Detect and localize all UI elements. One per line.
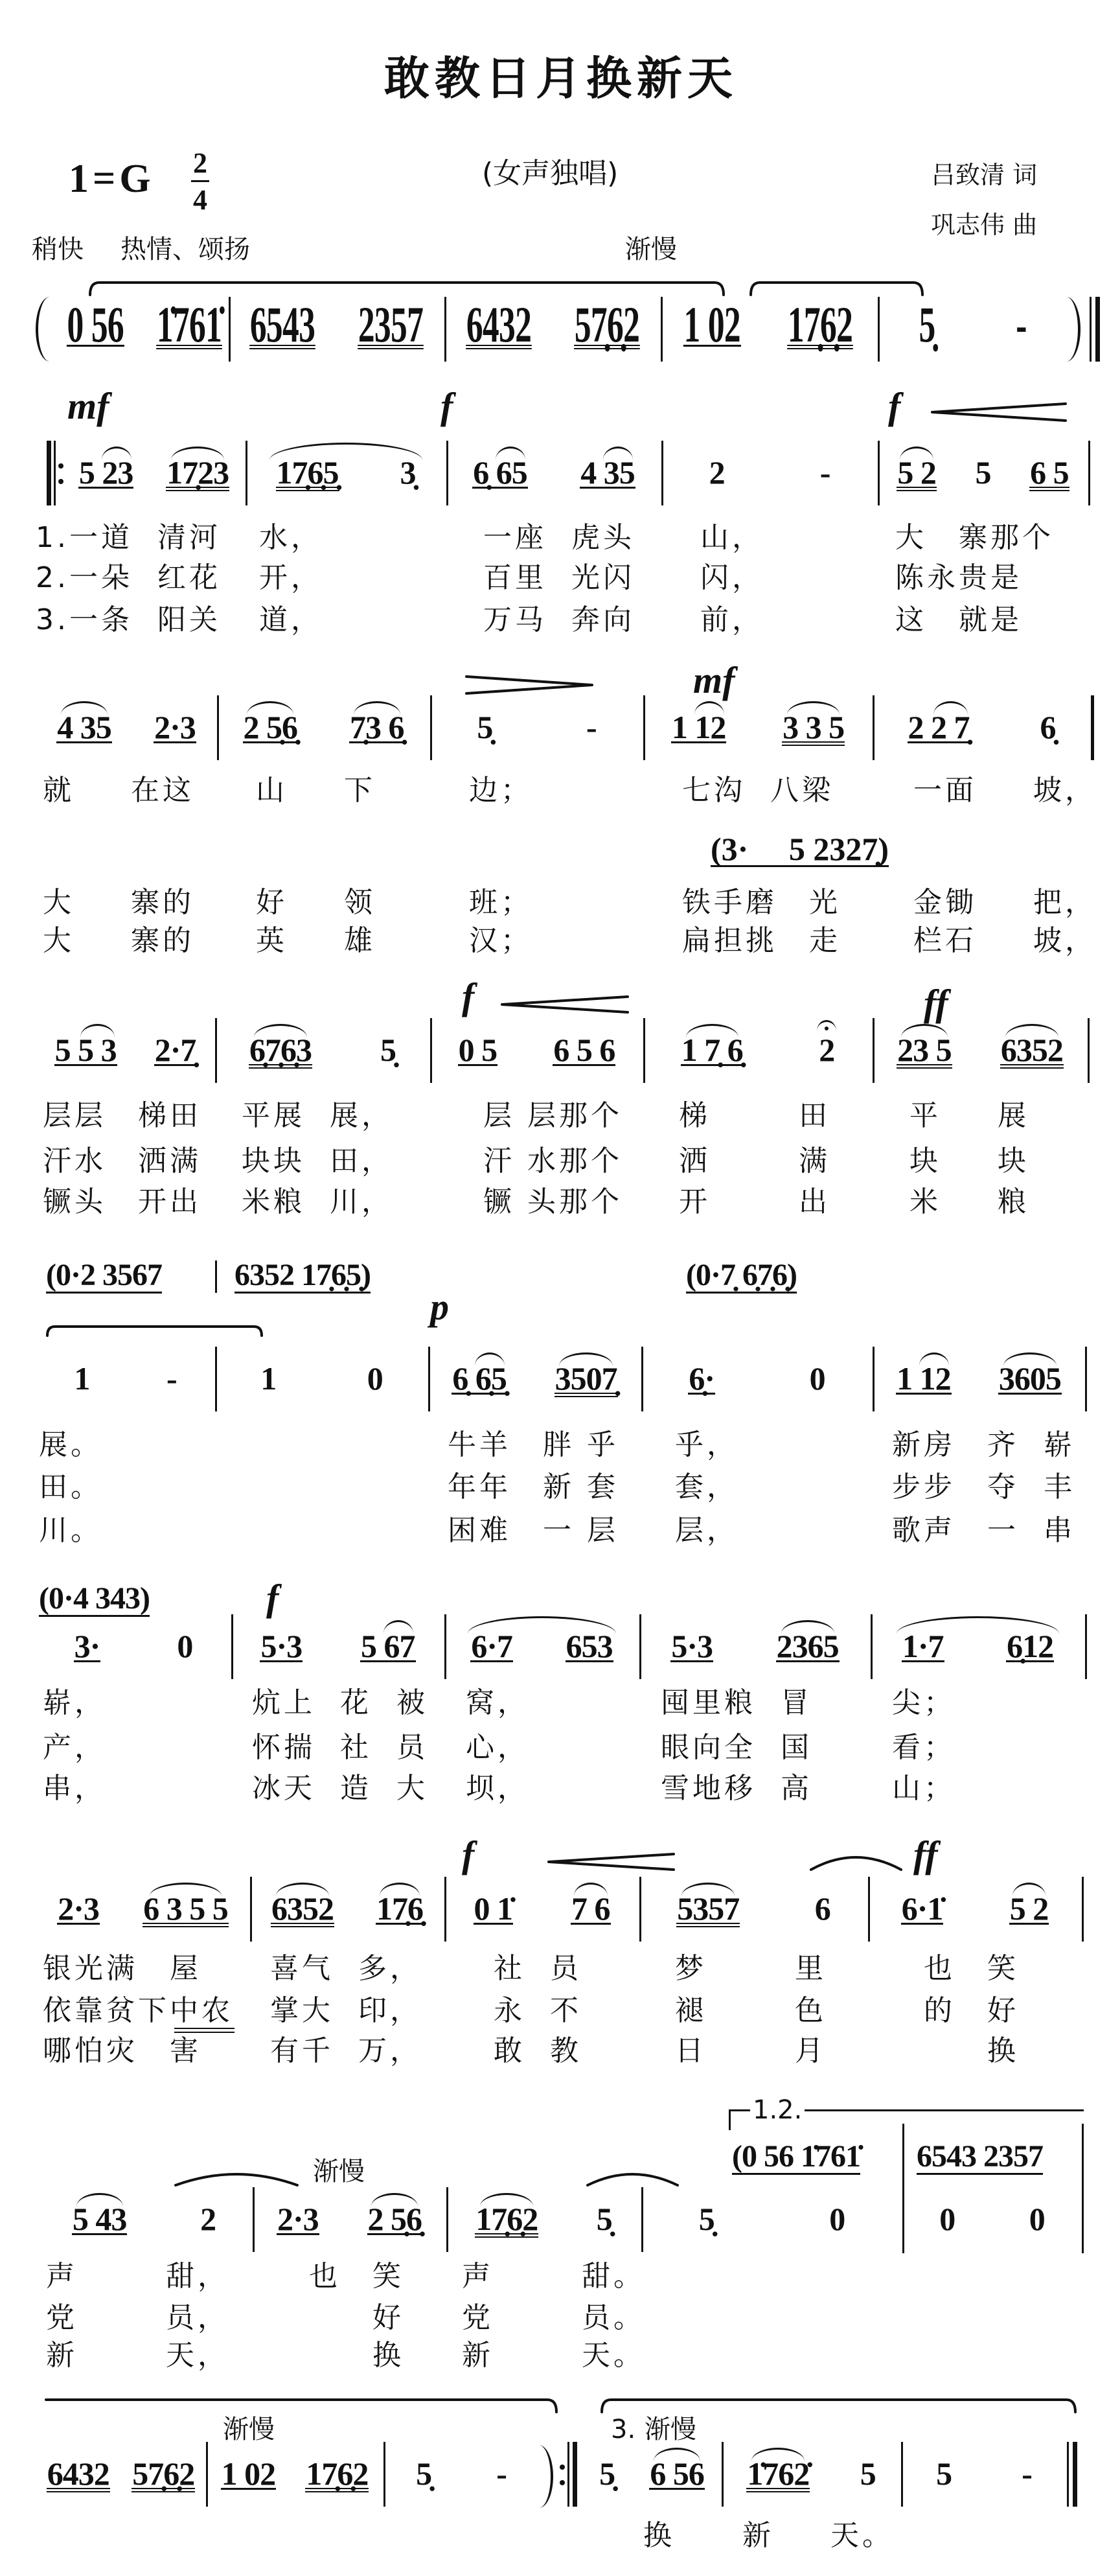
measure: 17̣6̣2 5̣ 声 甜。 党 员。 新 天。 — [446, 2205, 641, 2237]
measure: 1 02 17̣6̣2 — [661, 305, 878, 337]
lyric-verse-3: 新 天， — [46, 2341, 229, 2371]
note-group: - — [586, 713, 597, 741]
system-9: 渐慢 3. 渐慢 6432 57̣6̣2 1 02 17̣6̣2 5̣ - 5̣… — [0, 2459, 1109, 2492]
note-group: 5·3 — [670, 1632, 713, 1662]
repeat-dot — [560, 2480, 565, 2485]
lyric-verse-2: 年年 新 套 — [448, 1472, 619, 1502]
note-group: 5 23 — [78, 458, 134, 489]
note-group: 17̣6̣2 — [788, 305, 854, 349]
lyric-verse-3: 冰天 造 大 — [252, 1774, 428, 1804]
fraction-line — [191, 180, 209, 182]
measure: 2 5̣6̣ 7̣3 6̣ 山 下 好 领 英 雄 — [217, 713, 430, 745]
lyric-verse-3: 换 — [924, 2036, 1019, 2066]
measure: 0 56 1̇761̇ — [52, 305, 229, 337]
note-group: 6̣ 65 — [472, 458, 528, 489]
lyric-verse-3: 万马 奔向 — [483, 605, 635, 635]
notes-row: 2·3 2 5̣6̣ — [253, 2205, 446, 2237]
notes-row: 1 12 3605 — [873, 1364, 1085, 1397]
lyric-verse-3: 川。 — [39, 1516, 102, 1546]
note-group: 6̣ — [1040, 713, 1057, 741]
note-group: 5 — [860, 2459, 876, 2488]
measure: 2 - 山， 闪， 前， — [661, 458, 878, 491]
note-group: 6 3 5 5 — [143, 1894, 229, 1927]
phrase-bracket — [749, 281, 924, 296]
repeat-start-thin — [54, 441, 56, 505]
lyric-verse-3: 新 天。 — [462, 2341, 645, 2371]
crescendo-hairpin — [931, 402, 1067, 422]
decrescendo-hairpin — [465, 675, 593, 695]
measure: 6543 2357 0 0 — [902, 2205, 1082, 2237]
measure: 17̣6̣5̣ 3̣ 水， 开， 道， — [246, 458, 446, 491]
measure: 6̣ 65 4 35 一座 虎头 百里 光闪 万马 奔向 — [446, 458, 661, 491]
lyric-verse-2: 闪， — [700, 563, 764, 593]
note-group: 1̇762̇ — [746, 2459, 810, 2492]
notes-row: 5 - — [901, 2459, 1067, 2492]
measure: 6̣ 6̣5̣ 3507̣ 牛羊 胖 乎 年年 新 套 困难 一 层 — [428, 1364, 641, 1397]
note-group: 1 — [260, 1364, 277, 1393]
lyric-verse-2: 陈永贵是 — [895, 563, 1022, 593]
measure: 5·3 5 67 炕上 花 被 怀揣 社 员 冰天 造 大 — [231, 1632, 444, 1664]
notes-row: 5 5 3 2·7̣ — [36, 1036, 215, 1068]
measure: 5̣ - 边； 班； 汉； — [430, 713, 643, 745]
dynamic-marking: f — [462, 981, 474, 1013]
final-barline-thin — [1067, 2442, 1069, 2507]
lyric-verse-3: 道， — [259, 605, 323, 635]
note-group: 2 — [200, 2205, 216, 2233]
lyric-verse-3: 3.一条 阳关 — [36, 605, 221, 635]
lyric-underline — [174, 2028, 234, 2033]
note-group: 2·3 — [154, 713, 196, 743]
barline — [1088, 441, 1090, 505]
note-group: 6·7 — [470, 1632, 513, 1662]
lyric-verse-3: 英 雄 — [256, 926, 376, 956]
lyric-verse-1: 就 在这 — [43, 776, 194, 806]
time-signature: 2 4 — [186, 149, 214, 215]
lyric-verse-2: 开， — [259, 563, 323, 593]
song-title: 敢教日月换新天 — [0, 51, 1109, 106]
measure: 5 43 2 声 甜， 党 员， 新 天， — [36, 2205, 253, 2237]
note-group: 2357 — [358, 305, 424, 349]
lyric-verse-1: 喜气 多， — [270, 1954, 422, 1984]
notes-row: 2 - — [661, 458, 878, 491]
note-group: 17̣6̣2 — [475, 2205, 538, 2238]
ritardando-marking: 渐慢 — [313, 2157, 365, 2186]
note-group: 4 35 — [580, 458, 635, 489]
note-group: 2·3 — [277, 2205, 319, 2235]
measure: 5 5 3 2·7̣ 层层 梯田 汗水 洒满 镢头 开出 — [36, 1036, 215, 1068]
measure: 6·1̇ 5 2 也 笑 的 好 换 — [868, 1894, 1082, 1927]
instrumental-cue: (0 56 1̇761̇ — [732, 2141, 860, 2175]
measure: 2 2 7̣ 6̣ 一面 坡， 金锄 把， 栏石 坡， — [873, 713, 1091, 745]
note-group: 0 — [939, 2205, 955, 2233]
notes-row: 4 35 2·3 — [36, 713, 217, 745]
note-group: 5 2 — [897, 458, 937, 491]
note-group: - — [166, 1364, 177, 1393]
note-group: - — [1021, 2459, 1033, 2488]
measure: 0 5 6 5 6 层 层那个 汗 水那个 镢 头那个 — [430, 1036, 643, 1068]
repeat-end-thick — [573, 2442, 577, 2507]
note-group: 57̣6̣2 — [131, 2459, 195, 2492]
measure: 6·7 653 窝， 心， 坝， — [444, 1632, 639, 1664]
lyric-verse-3: 哪怕灾 害 — [43, 2036, 201, 2066]
repeat-dot — [560, 2465, 565, 2470]
lyric-verse-2: 的 好 — [924, 1996, 1019, 2026]
instrumental-cue: (0·7̣ 6̣7̣6̣) — [686, 1259, 797, 1294]
note-group: 5 — [935, 2459, 952, 2488]
measure: 6543 2357 — [229, 305, 444, 337]
lyric-verse-1: 也 笑 — [924, 1954, 1019, 1984]
barline — [1082, 2124, 1084, 2253]
measure: 6432 57̣6̣2 — [444, 305, 661, 337]
ritardando-marking: 渐慢 — [625, 235, 677, 264]
lyric-verse-final: 换 — [643, 2521, 675, 2551]
lyric-verse-1: 一面 坡， — [913, 776, 1097, 806]
note-group: 17̣6̣ — [376, 1894, 424, 1925]
note-group: 17̣6̣2 — [305, 2459, 369, 2492]
lyric-verse-1: 新房 齐 崭 — [892, 1430, 1075, 1460]
measure: 5 - — [901, 2459, 1067, 2492]
note-group: 23 5 — [897, 1036, 952, 1069]
notes-row: 1·7 6̣12 — [871, 1632, 1085, 1664]
note-group: 2·3 — [57, 1894, 100, 1925]
note-group: 4 35 — [56, 713, 112, 743]
note-group: 6 — [814, 1894, 831, 1923]
phrase-bracket — [89, 281, 725, 296]
notes-row: 0 0 — [902, 2205, 1082, 2237]
lyric-verse-1: 山， — [700, 523, 764, 553]
lyric-verse-2: 永 不 — [494, 1996, 582, 2026]
tempo-marking: 稍快 — [32, 235, 84, 264]
lyric-verse-1: 层 层那个 — [483, 1101, 623, 1131]
lyric-verse-final: 新 天。 — [742, 2521, 894, 2551]
lyric-verse-1: 层层 梯田 — [43, 1101, 201, 1131]
notes-row: 5357 6 — [639, 1894, 868, 1927]
note-group: 17̣6̣5̣ — [276, 458, 339, 491]
barline — [1091, 695, 1094, 760]
measure: 5̣ - — [878, 305, 1066, 337]
dynamic-marking: f — [888, 390, 900, 423]
lyric-verse-3: 山； — [892, 1774, 955, 1804]
volta-label: 1.2. — [750, 2096, 805, 2124]
note-group: 3· — [74, 1632, 101, 1662]
system-2: mf f f 5 23 17̣23 1.一道 清河 2.一朵 红花 3.一条 阳… — [0, 458, 1109, 491]
lyric-verse-1: 展。 — [39, 1430, 102, 1460]
lyric-verse-1: 尖； — [892, 1688, 955, 1718]
barline — [1085, 1347, 1087, 1411]
note-group: 6543 — [249, 305, 315, 349]
expression-marking: 热情、颂扬 — [120, 235, 250, 264]
lyric-verse-1: 平 展 — [909, 1101, 1029, 1131]
note-group: 5 5 3 — [54, 1036, 117, 1066]
notes-row: 5 23 17̣23 — [62, 458, 246, 491]
notes-row: 1 7̣ 6̣ 2 — [643, 1036, 873, 1068]
lyric-verse-1: 囤里粮 冒 — [661, 1688, 812, 1718]
measure: 23 5 6352 平 展 块 块 米 粮 — [873, 1036, 1088, 1068]
system-8: 渐慢 1.2. 5 43 2 声 甜， 党 员， 新 天， 2·3 2 5̣6̣… — [0, 2205, 1109, 2237]
lyric-verse-3: 困难 一 层 — [448, 1516, 619, 1546]
note-group: 3507̣ — [554, 1364, 618, 1397]
ritardando-marking: 渐慢 — [223, 2415, 275, 2444]
dynamic-marking: mf — [67, 390, 109, 423]
notes-row: 5·3 5 67 — [231, 1632, 444, 1664]
lyricist-credit: 吕致清 词 — [931, 161, 1037, 189]
cue-barline — [215, 1260, 217, 1293]
lyric-verse-2: 依靠贫下中农 — [43, 1996, 233, 2026]
volta-label: 3. — [611, 2415, 635, 2444]
lyric-verse-2: 党 员， — [46, 2303, 229, 2333]
note-group: 1·7 — [902, 1632, 944, 1662]
notes-row: 23 5 6352 — [873, 1036, 1088, 1068]
measure: 1 12 3605 新房 齐 崭 步步 夺 丰 歌声 一 串 — [873, 1364, 1085, 1397]
lyric-verse-3: 大 寨的 — [43, 926, 194, 956]
system-3: mf (3· 5 2327̣) 4 35 2·3 就 在这 大 寨的 大 寨的 … — [0, 713, 1109, 745]
measure: 2·3 2 5̣6̣ 也 笑 好 换 — [253, 2205, 446, 2237]
lyric-verse-2: 怀揣 社 员 — [252, 1733, 428, 1763]
lyric-verse-3: 换 — [309, 2341, 404, 2371]
notes-row: 6̣ 6̣5̣ 3507̣ — [428, 1364, 641, 1397]
lyric-verse-3: 坝， — [466, 1774, 529, 1804]
open-paren — [36, 297, 50, 362]
lyric-verse-2: 洒 满 — [679, 1146, 830, 1176]
lyric-verse-2: 看； — [892, 1733, 955, 1763]
measure: 5̣ - — [383, 2459, 539, 2492]
note-group: 0 1̇ — [474, 1894, 514, 1925]
notes-row: 0 1̇ 7 6 — [444, 1894, 639, 1927]
lyric-verse-2: 党 员。 — [462, 2303, 645, 2333]
dynamic-marking: mf — [693, 664, 735, 697]
note-group: 5̣ — [415, 2459, 432, 2488]
note-group: 0 5 — [458, 1036, 498, 1066]
lyric-verse-3: 有千 万， — [270, 2036, 422, 2066]
lyric-verse-2: 掌大 印， — [270, 1996, 422, 2026]
lyric-verse-3: 镢 头那个 — [483, 1187, 623, 1217]
notes-row: 6̣7̣6̣3 5̣ — [215, 1036, 430, 1068]
ossia-passage: (3· 5 2327̣) — [711, 833, 889, 867]
final-barline-thick — [1073, 2442, 1077, 2507]
note-group: 1 7̣ 6̣ — [681, 1036, 744, 1066]
note-group: 5357 — [676, 1894, 740, 1927]
note-group: 653 — [566, 1632, 613, 1662]
notes-row: 5̣ - — [878, 305, 1066, 345]
note-group: 5̣ — [380, 1036, 396, 1064]
lyric-verse-1: 炕上 花 被 — [252, 1688, 428, 1718]
lyric-verse-2: 汗水 洒满 — [43, 1146, 201, 1176]
notes-row: 1 - — [36, 1364, 215, 1397]
notes-row: 5̣ - — [430, 713, 643, 745]
measure: 6432 57̣6̣2 — [36, 2459, 206, 2492]
note-group: 0 — [367, 1364, 383, 1393]
notes-row: 5 2 5 6 5 — [878, 458, 1088, 491]
note-group: 3605 — [998, 1364, 1062, 1395]
lyric-verse-2: 好 — [309, 2303, 404, 2333]
note-group: 6̣ 6̣5̣ — [452, 1364, 507, 1395]
lyric-verse-3: 雪地移 高 — [661, 1774, 812, 1804]
dynamic-marking: ff — [924, 987, 948, 1019]
lyric-verse-3: 汉； — [469, 926, 532, 956]
performance-note: (女声独唱) — [482, 157, 618, 190]
lyric-verse-1: 社 员 — [494, 1954, 582, 1984]
note-group: 6̣7̣6̣3 — [249, 1036, 312, 1069]
lyric-verse-2: 步步 夺 丰 — [892, 1472, 1075, 1502]
dynamic-marking: f — [462, 1839, 474, 1871]
note-group: 1 12 — [896, 1364, 952, 1395]
lyric-verse-1: 也 笑 — [309, 2262, 404, 2292]
notes-row: 6432 57̣6̣2 — [444, 305, 661, 345]
note-group: 3 3 5 — [782, 713, 845, 746]
note-group: 1̇761̇ — [156, 305, 222, 349]
note-group: 6432 — [466, 305, 532, 349]
double-barline-thin — [1090, 297, 1092, 362]
lyric-verse-3: 前， — [700, 605, 764, 635]
lyric-verse-3: 歌声 一 串 — [892, 1516, 1075, 1546]
system-6: f (0·4 343) 3· 0 崭， 产， 串， 5·3 5 67 炕上 花 … — [0, 1632, 1109, 1664]
lyric-verse-2: 眼向全 国 — [661, 1733, 812, 1763]
instrumental-cue: 6543 2357 — [917, 2141, 1043, 2175]
notes-row: 6̣ 65 4 35 — [446, 458, 661, 491]
measure: 5 2 5 6 5 大 寨那个 陈永贵是 这 就是 — [878, 458, 1088, 491]
note-group: 2 2 7̣ — [908, 713, 970, 743]
note-group: 6432 — [47, 2459, 110, 2492]
measure: 5̣ 6 56 换 — [582, 2459, 722, 2492]
note-group: 0 — [176, 1632, 193, 1660]
note-group: 6 5 6 — [553, 1036, 615, 1066]
note-group: 6352 — [271, 1894, 334, 1927]
note-group: 5̣ — [476, 713, 493, 741]
system-4: f ff 5 5 3 2·7̣ 层层 梯田 汗水 洒满 镢头 开出 6̣7̣6̣… — [0, 1036, 1109, 1068]
time-signature-numerator: 2 — [186, 149, 214, 178]
note-group: 5̣ — [919, 305, 935, 345]
tie-arc — [174, 2171, 299, 2187]
notes-row: 17̣6̣5̣ 3̣ — [246, 458, 446, 491]
lyric-verse-3: 镢头 开出 — [43, 1187, 201, 1217]
measure: 5·3 2365 囤里粮 冒 眼向全 国 雪地移 高 — [639, 1632, 871, 1664]
instrumental-cue: (0·4 343) — [39, 1583, 150, 1617]
measure: 6352 17̣6̣5̣) 1 0 — [215, 1364, 428, 1397]
lyric-verse-1: 声 甜。 — [462, 2262, 645, 2292]
lyric-verse-2: 大 寨的 — [43, 888, 194, 918]
notes-row: 1 02 17̣6̣2 — [661, 305, 878, 345]
system-7: f ff 2·3 6 3 5 5 银光满 屋 依靠贫下中农 哪怕灾 害 6352… — [0, 1894, 1109, 1927]
lyric-verse-3: 米粮 川， — [242, 1187, 393, 1217]
notes-row: 1 12 3 3 5 — [643, 713, 873, 745]
lyric-verse-3: 米 粮 — [909, 1187, 1029, 1217]
note-group: 5·3 — [260, 1632, 303, 1662]
notes-row: 1̇762̇ 5 — [722, 2459, 901, 2492]
notes-row: 6432 57̣6̣2 — [36, 2459, 206, 2492]
lyric-verse-3: 层， — [675, 1516, 738, 1546]
dynamic-marking: f — [266, 1582, 279, 1614]
note-group-fermata: 2 — [818, 1036, 835, 1064]
lyric-verse-1: 边； — [469, 776, 532, 806]
lyric-verse-2: 2.一朵 红花 — [36, 563, 221, 593]
notes-row: 5̣ 0 — [641, 2205, 902, 2237]
measure: 2·3 6 3 5 5 银光满 屋 依靠贫下中农 哪怕灾 害 — [36, 1894, 250, 1927]
notes-row: 0 5 6 5 6 — [430, 1036, 643, 1068]
note-group: 0 — [829, 2205, 845, 2233]
note-group: 2·7̣ — [154, 1036, 197, 1066]
note-group: 2 5̣6̣ — [367, 2205, 423, 2235]
notes-row: 2 5̣6̣ 7̣3 6̣ — [217, 713, 430, 745]
lyric-verse-2: 好 领 — [256, 888, 376, 918]
lyric-verse-2: 块 块 — [909, 1146, 1029, 1176]
close-paren — [1066, 297, 1080, 362]
dynamic-marking: ff — [913, 1839, 938, 1871]
volta-bracket-continuation — [46, 2398, 558, 2413]
measure: (0·2 3567 1 - 展。 田。 川。 — [36, 1364, 215, 1397]
composer-credit: 巩志伟 曲 — [931, 211, 1037, 239]
measure: (0·4 343) 3· 0 崭， 产， 串， — [36, 1632, 231, 1664]
system-intro: 0 56 1̇761̇ 6543 2357 6432 57̣6̣2 1 02 1… — [0, 305, 1109, 337]
note-group: 7 6 — [571, 1894, 611, 1925]
lyric-verse-1: 梦 里 — [675, 1954, 827, 1984]
notes-row: 1 02 17̣6̣2 — [206, 2459, 383, 2492]
lyric-verse-3: 串， — [43, 1774, 106, 1804]
measure: 1 7̣ 6̣ 2 梯 田 洒 满 开 出 — [643, 1036, 873, 1068]
system-5: p (0·2 3567 1 - 展。 田。 川。 6352 17̣6̣5̣) 1… — [0, 1364, 1109, 1397]
notes-row: 6352 17̣6̣ — [250, 1894, 444, 1927]
measure: 6̣7̣6̣3 5̣ 平展 展， 块块 田， 米粮 川， — [215, 1036, 430, 1068]
lyric-verse-2: 心， — [466, 1733, 529, 1763]
measure: 5357 6 梦 里 褪 色 日 月 — [639, 1894, 868, 1927]
lyric-verse-2: 块块 田， — [242, 1146, 393, 1176]
measure: (0·7̣ 6̣7̣6̣) 6̣· 0 乎， 套， 层， — [641, 1364, 873, 1397]
measure: 1 02 17̣6̣2 — [206, 2459, 383, 2492]
crescendo-hairpin — [501, 995, 629, 1014]
lyric-verse-1: 乎， — [675, 1430, 738, 1460]
lyric-verse-1: 银光满 屋 — [43, 1954, 201, 1984]
instrumental-cue: 6352 17̣6̣5̣) — [234, 1259, 371, 1294]
lyric-verse-1: 水， — [259, 523, 323, 553]
note-group: 5 43 — [72, 2205, 128, 2235]
note-group: 1 02 — [683, 305, 740, 347]
ritardando-marking: 渐慢 — [645, 2415, 696, 2444]
lyric-verse-3: 栏石 坡， — [913, 926, 1097, 956]
note-group: 5̣ — [596, 2205, 613, 2233]
notes-row: 0 56 1̇761̇ — [52, 305, 229, 345]
notes-row: 1 0 — [215, 1364, 428, 1397]
note-group: - — [496, 2459, 507, 2488]
close-paren — [539, 2445, 553, 2508]
note-group: 7̣3 6̣ — [349, 713, 405, 743]
lyric-verse-3: 日 月 — [675, 2036, 827, 2066]
notes-row: 3· 0 — [36, 1632, 231, 1664]
lyric-verse-1: 牛羊 胖 乎 — [448, 1430, 619, 1460]
lyric-verse-2: 汗 水那个 — [483, 1146, 623, 1176]
note-group: 6 5 — [1029, 458, 1069, 491]
note-group: 5 2 — [1009, 1894, 1049, 1925]
barline — [1088, 1018, 1090, 1083]
notes-row: 2 2 7̣ 6̣ — [873, 713, 1091, 745]
note-group: - — [1016, 305, 1027, 345]
note-group: 0 — [809, 1364, 826, 1393]
measure: (0 56 1̇761̇ 5̣ 0 — [641, 2205, 902, 2237]
note-group: 57̣6̣2 — [574, 305, 640, 349]
lyric-verse-2: 田。 — [39, 1472, 102, 1502]
dynamic-marking: p — [430, 1291, 449, 1323]
note-group: 2365 — [776, 1632, 840, 1662]
note-group: 1 12 — [671, 713, 727, 743]
note-group: 2 5̣6̣ — [243, 713, 299, 743]
barline — [1085, 1614, 1087, 1679]
lyric-verse-2: 金锄 把， — [913, 888, 1097, 918]
lyric-verse-1: 窝， — [466, 1688, 529, 1718]
lyric-verse-3: 扁担挑 走 — [682, 926, 841, 956]
phrase-bracket — [46, 1325, 263, 1337]
note-group: 5̣ — [599, 2459, 615, 2488]
volta-bracket-hook — [729, 2109, 731, 2130]
measure: 4 35 2·3 就 在这 大 寨的 大 寨的 — [36, 713, 217, 745]
note-group: 2 — [709, 458, 726, 487]
